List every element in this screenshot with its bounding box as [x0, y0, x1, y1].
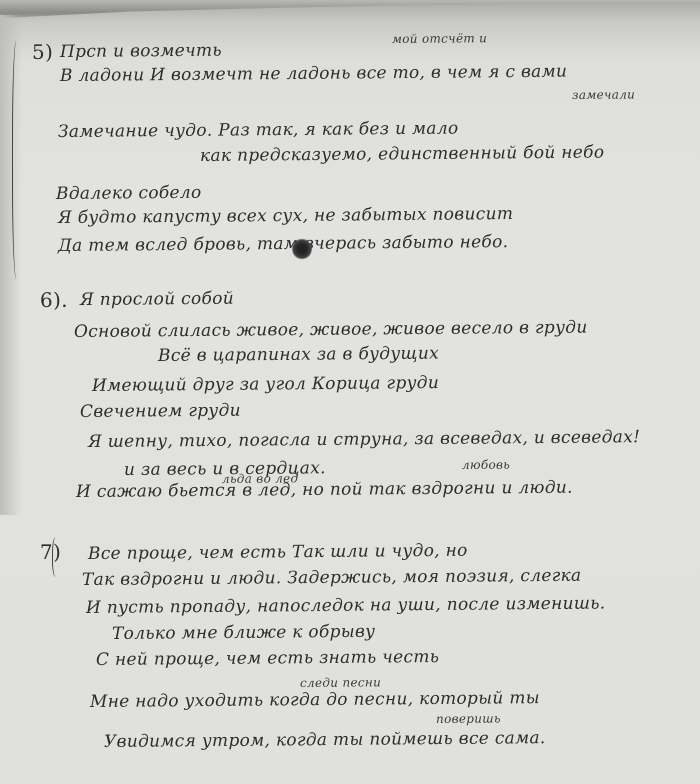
page-top-shadow: [0, 0, 700, 26]
section-5-insertion-1: мой отсчёт и: [392, 31, 487, 46]
section-6-insertion-2: любовь: [462, 458, 510, 472]
section-7-line-6: Мне надо уходить когда до песни, который…: [90, 688, 540, 712]
section-7-line-4: Только мне ближе к обрыву: [112, 622, 375, 644]
section-7-line-2: Так вздрогни и люди. Задержись, моя поэз…: [82, 566, 582, 590]
section-6-line-6: Я шепну, тихо, погасла и струна, за всев…: [88, 427, 640, 452]
section-6-line-1: Я прослой собой: [80, 289, 234, 310]
section-6-line-4: Имеющий друг за угол Корица груди: [92, 373, 439, 396]
section-6-line-2: Основой слилась живое, живое, живое весе…: [74, 318, 588, 342]
section-7-insertion-1: следи песни: [300, 675, 381, 690]
section-6-line-3: Всё в царапинах за в будущих: [158, 344, 439, 366]
section-7-line-7: Увидимся утром, когда ты поймешь все сам…: [104, 728, 546, 752]
section-5-line-3: Замечание чудо. Раз так, я как без и мал…: [58, 119, 459, 142]
section-7-line-1: Все проще, чем есть Так шли и чудо, но: [88, 541, 468, 564]
section-6-line-5: Свечением груди: [80, 401, 241, 422]
section-5-line-6: Я будто капусту всех сух, не забытых пов…: [58, 204, 513, 228]
section-5-line-2: В ладони И возмечт не ладонь все то, в ч…: [60, 62, 567, 86]
section-5-line-5: Вдалеко собело: [56, 183, 202, 204]
section-7-line-5: С ней проще, чем есть знать честь: [96, 647, 439, 670]
section-5-line-1: Прсп и возмечть: [60, 41, 222, 62]
section-7-insertion-2: поверишь: [436, 711, 501, 726]
section-6-line-8: И сажаю бьется в лед, но пой так вздрогн…: [76, 478, 573, 502]
section-5-line-4: как предсказуемо, единственный бой небо: [200, 142, 605, 166]
section-5-insertion-2: замечали: [572, 87, 635, 102]
ink-scribble: [292, 238, 312, 260]
section-number-7: 7): [40, 540, 61, 564]
section-5-line-7: Да тем вслед бровь, там вчерась забыто н…: [58, 232, 508, 256]
section-7-line-3: И пусть пропаду, напоследок на уши, посл…: [86, 593, 606, 618]
manuscript-page: 5) Прсп и возмечть мой отсчёт и В ладони…: [0, 0, 700, 784]
section-number-6: 6).: [40, 288, 68, 312]
margin-bracket: [12, 40, 23, 280]
section-number-5: 5): [32, 40, 53, 64]
